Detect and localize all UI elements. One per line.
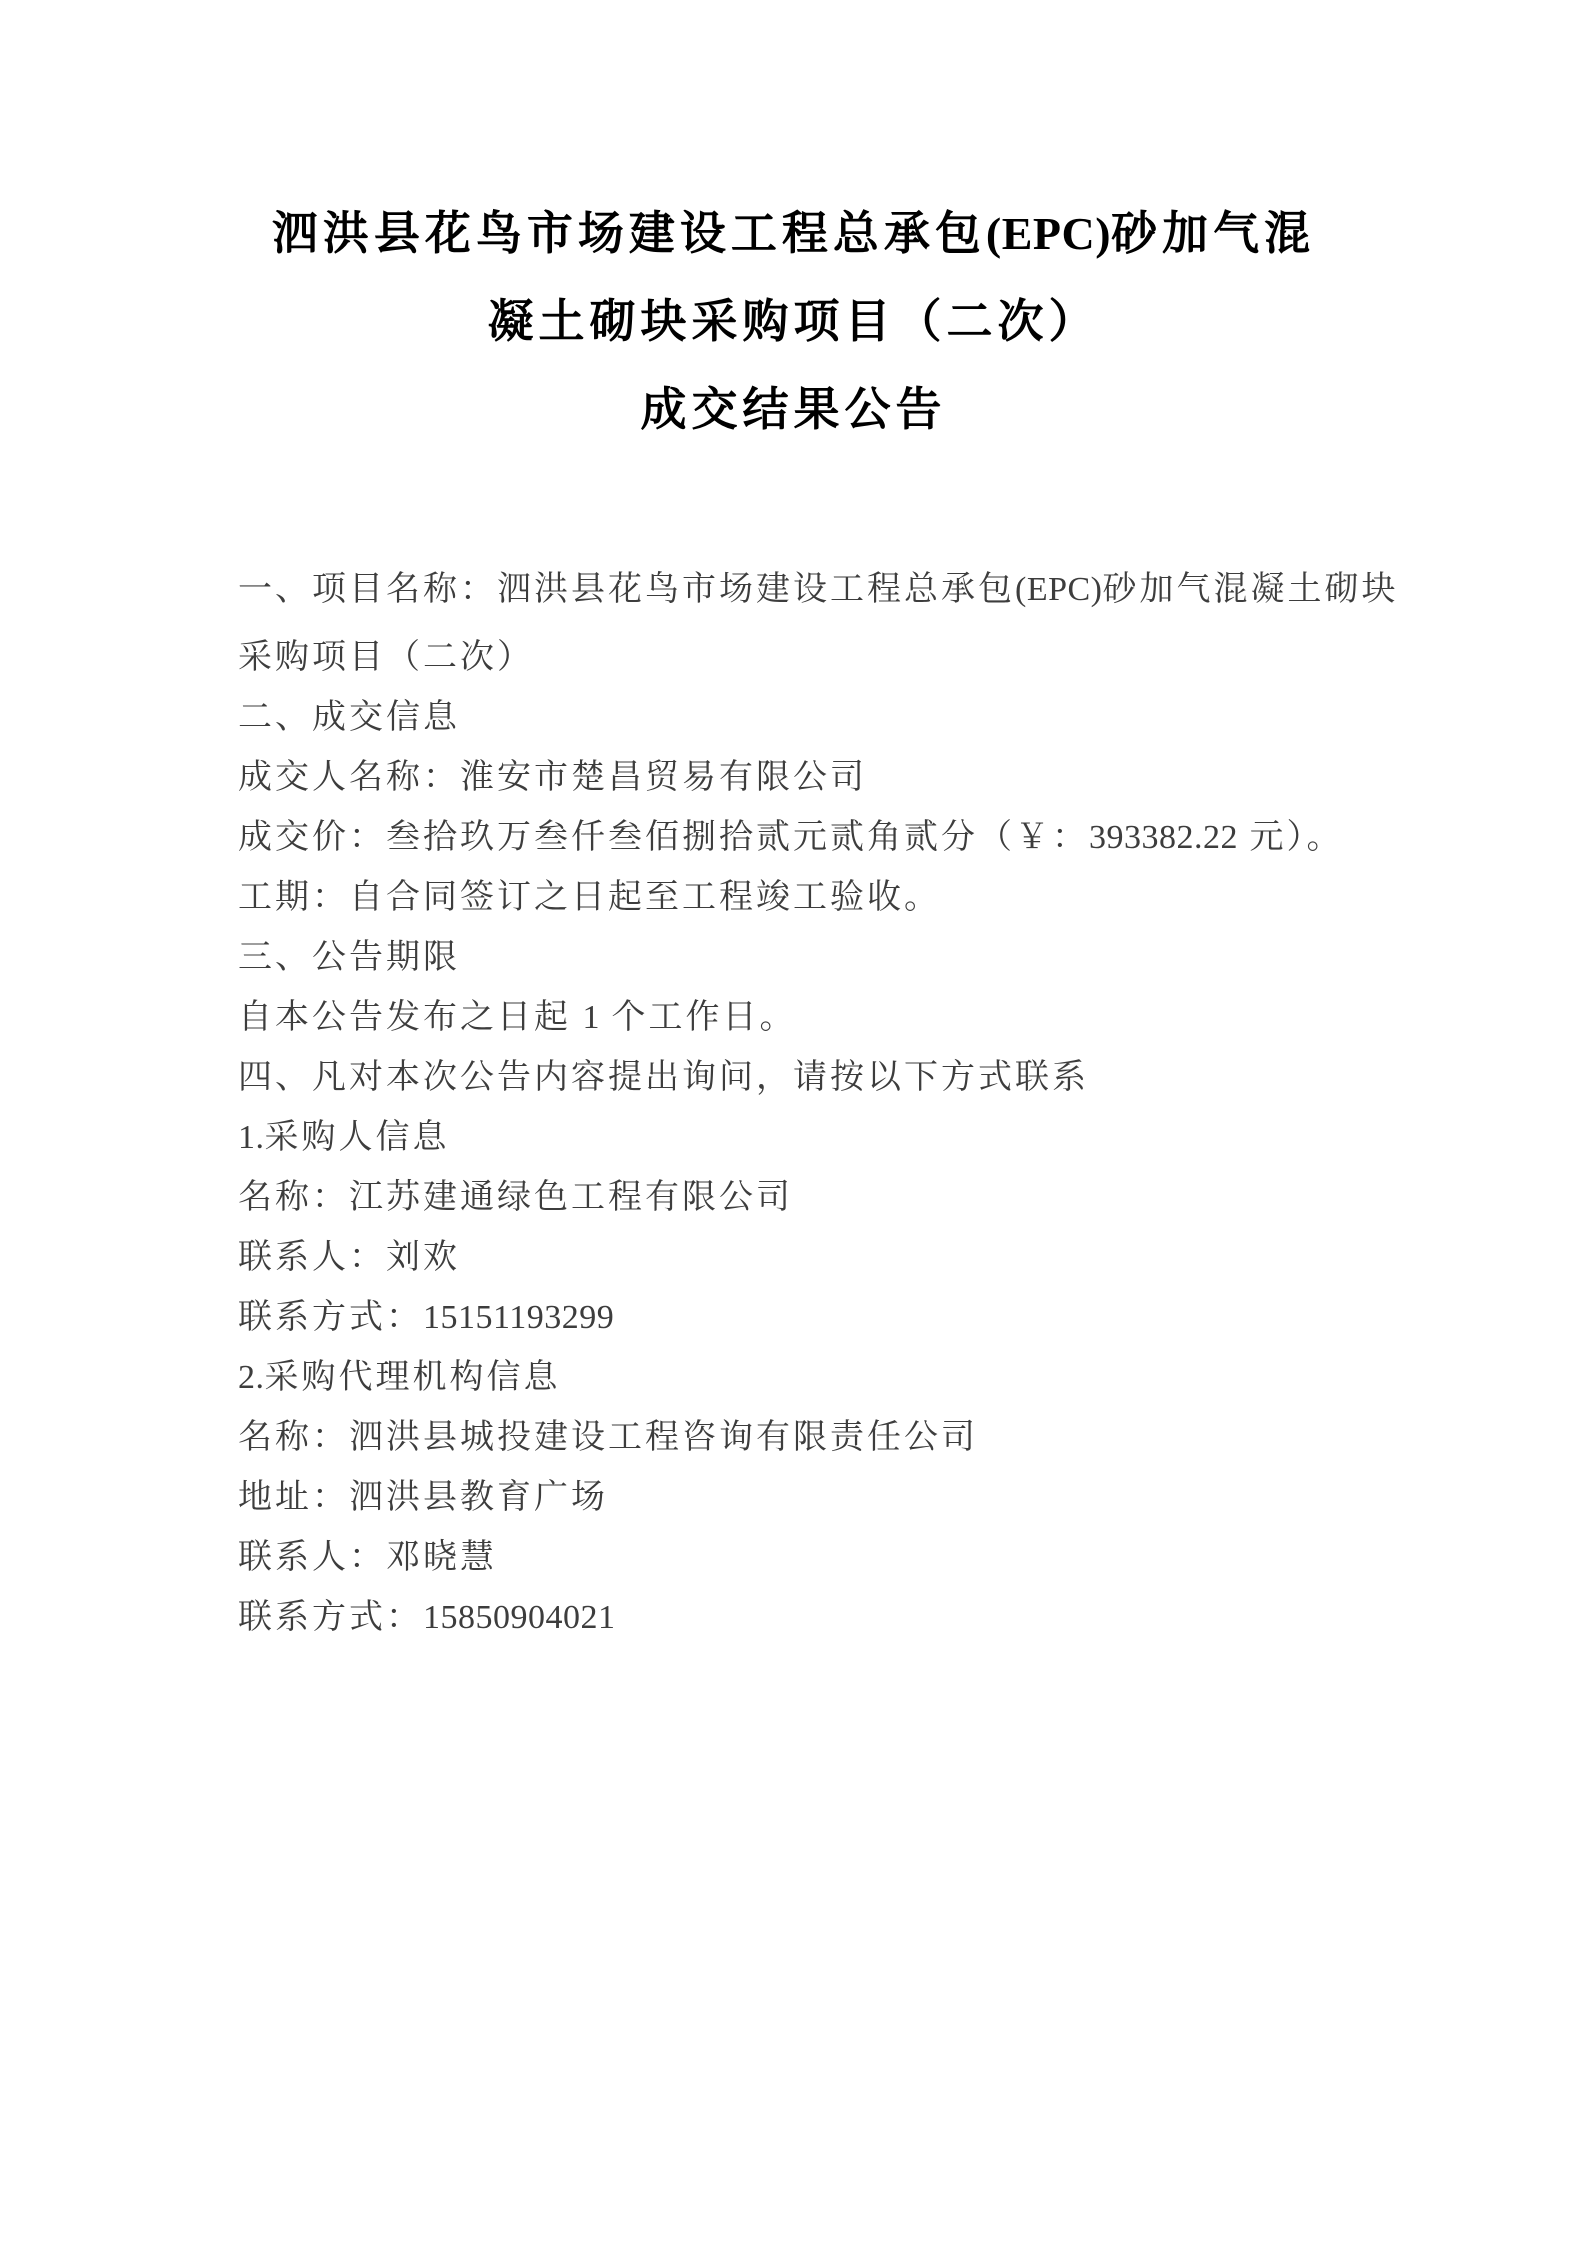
line-purchaser-phone: 联系方式：15151193299 (238, 1288, 1587, 1348)
line-purchaser-contact-person: 联系人：刘欢 (238, 1228, 1587, 1288)
title-line-2: 凝土砌块采购项目（二次） (0, 278, 1587, 366)
line-announcement-period: 自本公告发布之日起 1 个工作日。 (238, 988, 1587, 1048)
line-project-name: 一、项目名称：泗洪县花鸟市场建设工程总承包(EPC)砂加气混凝土砌块 (238, 560, 1587, 620)
line-award-price: 成交价：叁拾玖万叁仟叁佰捌拾贰元贰角贰分（￥：393382.22 元）。 (238, 808, 1587, 868)
title-line-3: 成交结果公告 (0, 366, 1587, 454)
title-line-1: 泗洪县花鸟市场建设工程总承包(EPC)砂加气混 (0, 190, 1587, 278)
line-agency-address: 地址：泗洪县教育广场 (238, 1468, 1587, 1528)
document-body: 一、项目名称：泗洪县花鸟市场建设工程总承包(EPC)砂加气混凝土砌块 采购项目（… (0, 454, 1587, 1648)
line-purchaser-name: 名称：江苏建通绿色工程有限公司 (238, 1168, 1587, 1228)
line-agency-info-heading: 2.采购代理机构信息 (238, 1348, 1587, 1408)
line-project-name-wrap: 采购项目（二次） (238, 628, 1587, 688)
document-title: 泗洪县花鸟市场建设工程总承包(EPC)砂加气混 凝土砌块采购项目（二次） 成交结… (0, 0, 1587, 454)
line-agency-name: 名称：泗洪县城投建设工程咨询有限责任公司 (238, 1408, 1587, 1468)
line-section-period-heading: 三、公告期限 (238, 928, 1587, 988)
line-section-inquiry-heading: 四、凡对本次公告内容提出询问，请按以下方式联系 (238, 1048, 1587, 1108)
line-agency-contact-person: 联系人：邓晓慧 (238, 1528, 1587, 1588)
document-page: 泗洪县花鸟市场建设工程总承包(EPC)砂加气混 凝土砌块采购项目（二次） 成交结… (0, 0, 1587, 2245)
line-work-duration: 工期：自合同签订之日起至工程竣工验收。 (238, 868, 1587, 928)
line-winner-name: 成交人名称：淮安市楚昌贸易有限公司 (238, 748, 1587, 808)
line-purchaser-info-heading: 1.采购人信息 (238, 1108, 1587, 1168)
line-agency-phone: 联系方式：15850904021 (238, 1588, 1587, 1648)
line-section-award-heading: 二、成交信息 (238, 688, 1587, 748)
